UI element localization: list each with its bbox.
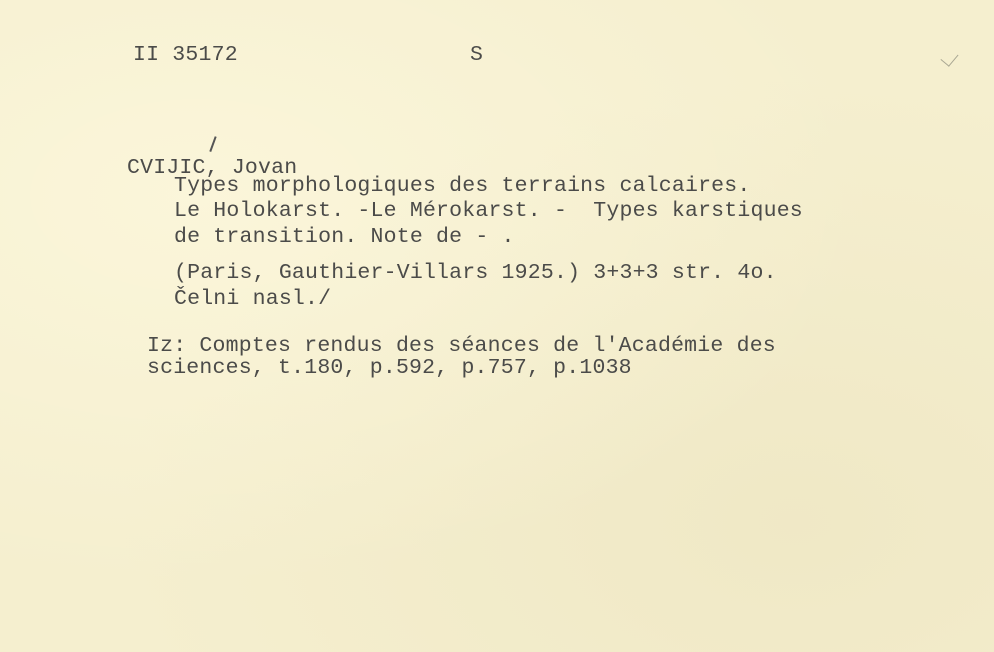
imprint-line: Čelni nasl./: [174, 287, 331, 311]
title-line: Types morphologiques des terrains calcai…: [174, 174, 751, 198]
imprint-line: (Paris, Gauthier-Villars 1925.) 3+3+3 st…: [174, 261, 777, 285]
call-number: II 35172: [133, 43, 238, 67]
sigla: S: [470, 43, 483, 67]
title-line: Le Holokarst. -Le Mérokarst. - Types kar…: [174, 199, 803, 223]
title-line: de transition. Note de - .: [174, 225, 515, 249]
source-line: Iz: Comptes rendus des séances de l'Acad…: [147, 334, 776, 358]
checkmark-icon: [940, 48, 958, 67]
catalog-card: II 35172 S CVIJIC, Jovan Types morpholog…: [0, 0, 994, 652]
source-line: sciences, t.180, p.592, p.757, p.1038: [147, 356, 632, 380]
pencil-mark: [209, 136, 216, 152]
